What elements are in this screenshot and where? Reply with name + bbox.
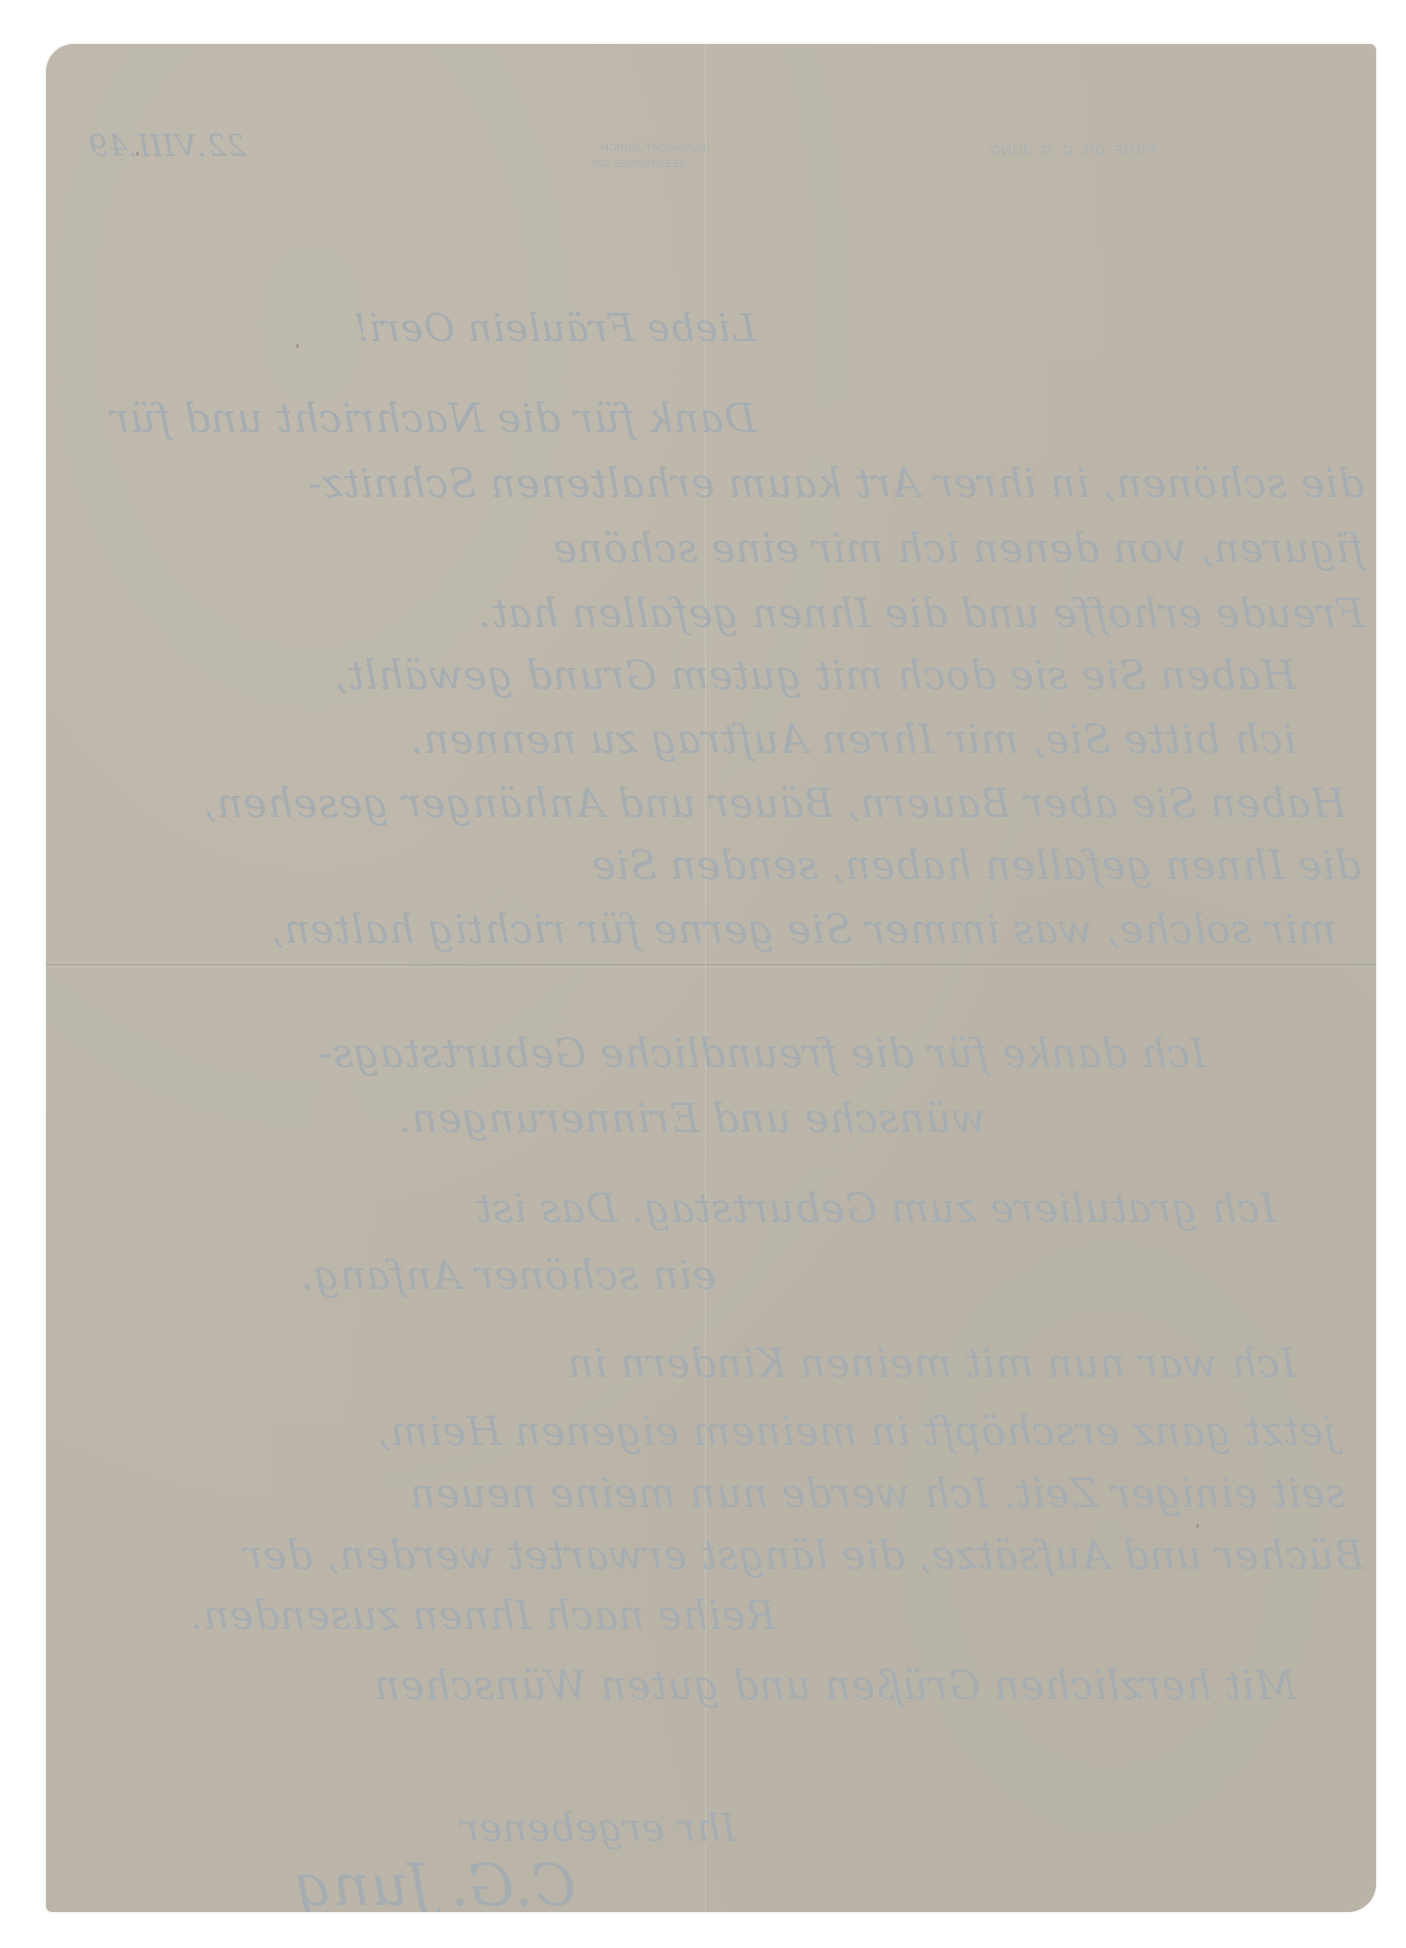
body-line: jetzt ganz erschöpft in meinem eigenen H… — [377, 1412, 1336, 1452]
body-line: Freude erhoffe und die Ihnen gefallen ha… — [478, 594, 1364, 634]
body-line: ich bitte Sie, mir Ihren Auftrag zu nenn… — [410, 720, 1296, 760]
body-line: die schönen, in ihrer Art kaum erhaltene… — [307, 464, 1364, 504]
body-line: Ich danke für die freundliche Geburtstag… — [318, 1034, 1206, 1074]
signature: C.G. Jung — [295, 1856, 576, 1912]
letter-date: 22.VIII.49 — [88, 132, 246, 162]
body-line: Haben Sie sie doch mit gutem Grund gewäh… — [334, 656, 1296, 696]
closing-line: Ihr ergebener — [460, 1809, 736, 1847]
salutation: Liebe Fräulein Oeri! — [353, 309, 756, 347]
body-line: die Ihnen gefallen haben, senden Sie — [591, 846, 1361, 886]
body-line: ein schöner Anfang. — [300, 1256, 716, 1296]
letterhead-address-2: SEESTRASSE 228 — [591, 158, 686, 170]
letter-sheet: PROF. DR. C. G. JUNG KÜSNACHT-ZÜRICH SEE… — [46, 44, 1376, 1912]
body-line: Dank für die Nachricht und für — [110, 399, 756, 439]
letterhead-address-1: KÜSNACHT-ZÜRICH — [601, 142, 706, 154]
letterhead-name: PROF. DR. C. G. JUNG — [988, 142, 1156, 158]
body-line: Ich war nun mit meinen Kindern in — [567, 1344, 1296, 1384]
body-line: Haben Sie aber Bauern, Bäuer und Anhänge… — [203, 784, 1346, 824]
body-line: mir solche, was immer Sie gerne für rich… — [270, 910, 1336, 950]
mirrored-show-through: PROF. DR. C. G. JUNG KÜSNACHT-ZÜRICH SEE… — [46, 44, 1376, 1912]
body-line: seit einiger Zeit. Ich werde nun meine n… — [409, 1474, 1346, 1514]
body-line: Bücher und Aufsätze, die längst erwartet… — [243, 1536, 1364, 1576]
body-line: Reihe nach Ihnen zusenden. — [190, 1596, 776, 1636]
closing-line: Mit herzlichen Grüßen und guten Wünschen — [374, 1666, 1296, 1706]
body-line: Ich gratuliere zum Geburtstag. Das ist — [475, 1189, 1276, 1229]
body-line: figuren, von denen ich mir eine schöne — [553, 529, 1364, 569]
body-line: wünsche und Erinnerungen. — [398, 1099, 986, 1139]
